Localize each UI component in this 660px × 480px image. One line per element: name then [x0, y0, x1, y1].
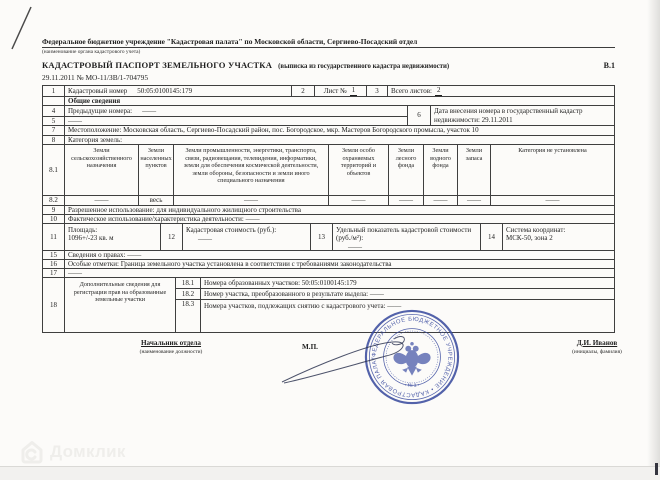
transformed-parcel-cell: Номер участка, преобразованного в резуль…	[201, 289, 614, 299]
coordinate-system-value: МСК-50, зона 2	[506, 234, 565, 242]
section-header-row: Общие сведения	[43, 97, 614, 106]
row-number: 9	[43, 206, 65, 214]
row-number: 18.2	[176, 289, 201, 299]
signee-caption: (инициалы, фамилия)	[550, 349, 644, 355]
category-value: ——	[174, 196, 329, 205]
row-number: 10	[43, 215, 65, 223]
organization-name: Федеральное бюджетное учреждение "Кадаст…	[42, 37, 615, 48]
category-value: весь	[139, 196, 174, 205]
row-number: 13	[311, 224, 333, 250]
document-title: КАДАСТРОВЫЙ ПАСПОРТ ЗЕМЕЛЬНОГО УЧАСТКА	[42, 60, 272, 70]
area-cell: Площадь: 1096+/-23 кв. м	[65, 224, 161, 250]
category-value: ——	[458, 196, 491, 205]
scan-edge-bottom	[0, 466, 660, 480]
domclick-watermark: Домклик	[20, 440, 126, 464]
sheet-cell: Лист № 1	[315, 86, 367, 96]
specific-cost-cell: Удельный показатель кадастровой стоимост…	[333, 224, 481, 250]
signature-stroke	[276, 326, 426, 390]
cadastral-passport-scan: Федеральное бюджетное учреждение "Кадаст…	[0, 0, 660, 480]
permitted-use-row: 9 Разрешенное использование: для индивид…	[43, 206, 614, 215]
form-code: В.1	[604, 61, 615, 70]
cadastral-number-cell: Кадастровый номер 50:05:0100145:179	[65, 86, 292, 96]
row-number: 18	[43, 278, 65, 332]
land-category-cell: Категория земель:	[65, 136, 614, 144]
row-number: 2	[292, 86, 315, 96]
category-col: Категория не установлена	[491, 145, 614, 195]
house-logo-icon	[20, 440, 44, 464]
cadastral-table: 1 Кадастровый номер 50:05:0100145:179 2 …	[42, 85, 615, 333]
category-col: Земли промышленности, энергетики, трансп…	[174, 145, 329, 195]
category-value: ——	[424, 196, 458, 205]
row-number: 3	[367, 86, 388, 96]
total-sheets-cell: Всего листов: 2	[388, 86, 614, 96]
actual-use-cell: Фактическое использование/характеристика…	[65, 215, 614, 223]
row17-cell: ——	[65, 269, 614, 277]
row-number: 11	[43, 224, 65, 250]
formed-parcels-cell: Номера образованных участков: 50:05:0100…	[201, 278, 614, 288]
category-value: ——	[329, 196, 389, 205]
row-number: 4	[43, 106, 65, 116]
document-header: Федеральное бюджетное учреждение "Кадаст…	[42, 37, 615, 82]
cadastral-cost-cell: Кадастровая стоимость (руб.): ——	[183, 224, 311, 250]
area-value: 1096+/-23 кв. м	[68, 234, 114, 242]
row-number: 17	[43, 269, 65, 277]
category-value: ——	[491, 196, 614, 205]
actual-use-row: 10 Фактическое использование/характерист…	[43, 215, 614, 224]
category-header-row: 8.1 Земли сельскохозяйственного назначен…	[43, 145, 614, 196]
row-number: 5	[43, 117, 65, 126]
total-sheets-value: 2	[435, 86, 443, 95]
row-number: 14	[481, 224, 503, 250]
row-number: 6	[408, 106, 431, 125]
row-number: 16	[43, 260, 65, 268]
special-notes-row: 16 Особые отметки: Граница земельного уч…	[43, 260, 614, 269]
registration-date-cell: Дата внесения номера в государственный к…	[431, 106, 614, 125]
location-cell: Местоположение: Московская область, Серг…	[65, 126, 614, 135]
category-col: Земли населенных пунктов	[139, 145, 174, 195]
pen-slash-mark	[8, 4, 36, 52]
row5-value: ——	[65, 117, 407, 126]
rights-row: 15 Сведения о правах: ——	[43, 251, 614, 260]
document-number: 29.11.2011 № МО-11/ЗВ/1-704795	[42, 73, 615, 82]
category-values-row: 8.2 —— весь —— —— —— —— —— ——	[43, 196, 614, 206]
rows-4-5-6: 4 Предыдущие номера: —— 5 —— 6 Дата внес…	[43, 106, 614, 126]
category-col: Земли особо охраняемых территорий и объе…	[329, 145, 389, 195]
signee-name: Д.И. Иванов	[550, 339, 644, 347]
land-category-row: 8 Категория земель:	[43, 136, 614, 145]
row-17: 17 ——	[43, 269, 614, 278]
watermark-text: Домклик	[50, 442, 126, 462]
row-number: 18.3	[176, 300, 201, 332]
position-title: Начальник отдела	[108, 339, 234, 347]
row-number: 8	[43, 136, 65, 144]
row-number-empty	[43, 97, 65, 105]
row-number: 1	[43, 86, 65, 96]
row-number: 8.2	[43, 196, 65, 205]
row-number: 12	[161, 224, 183, 250]
section-header: Общие сведения	[65, 97, 614, 105]
additional-info-row: 18 Дополнительные сведения для регистрац…	[43, 278, 614, 332]
sheet-value: 1	[350, 86, 358, 95]
permitted-use-cell: Разрешенное использование: для индивидуа…	[65, 206, 614, 214]
document-subtitle: (выписка из государственного кадастра не…	[278, 63, 449, 70]
coordinate-system-cell: Система координат: МСК-50, зона 2	[503, 224, 614, 250]
row-number: 15	[43, 251, 65, 259]
row-number: 7	[43, 126, 65, 135]
cadastral-number-value: 50:05:0100145:179	[137, 87, 192, 95]
additional-info-label: Дополнительные сведения для регистрации …	[65, 278, 176, 332]
row-number: 18.1	[176, 278, 201, 288]
rights-cell: Сведения о правах: ——	[65, 251, 614, 259]
category-value: ——	[389, 196, 424, 205]
special-notes-cell: Особые отметки: Граница земельного участ…	[65, 260, 614, 268]
scan-edge-right	[647, 0, 660, 480]
organization-caption: (наименование органа кадастрового учета)	[42, 49, 615, 55]
position-caption: (наименование должности)	[108, 349, 234, 355]
area-and-cost-row: 11 Площадь: 1096+/-23 кв. м 12 Кадастров…	[43, 224, 614, 251]
table-row: 1 Кадастровый номер 50:05:0100145:179 2 …	[43, 86, 614, 97]
row-number: 8.1	[43, 145, 65, 195]
signee-block: Д.И. Иванов (инициалы, фамилия)	[550, 339, 644, 355]
scan-edge-tick	[655, 463, 658, 475]
category-col: Земли водного фонда	[424, 145, 458, 195]
position-block: Начальник отдела (наименование должности…	[108, 339, 234, 355]
category-col: Земли лесного фонда	[389, 145, 424, 195]
category-col: Земли сельскохозяйственного назначения	[65, 145, 139, 195]
category-value: ——	[65, 196, 139, 205]
location-row: 7 Местоположение: Московская область, Се…	[43, 126, 614, 136]
category-col: Земли запаса	[458, 145, 491, 195]
previous-numbers-cell: Предыдущие номера: ——	[65, 106, 407, 116]
